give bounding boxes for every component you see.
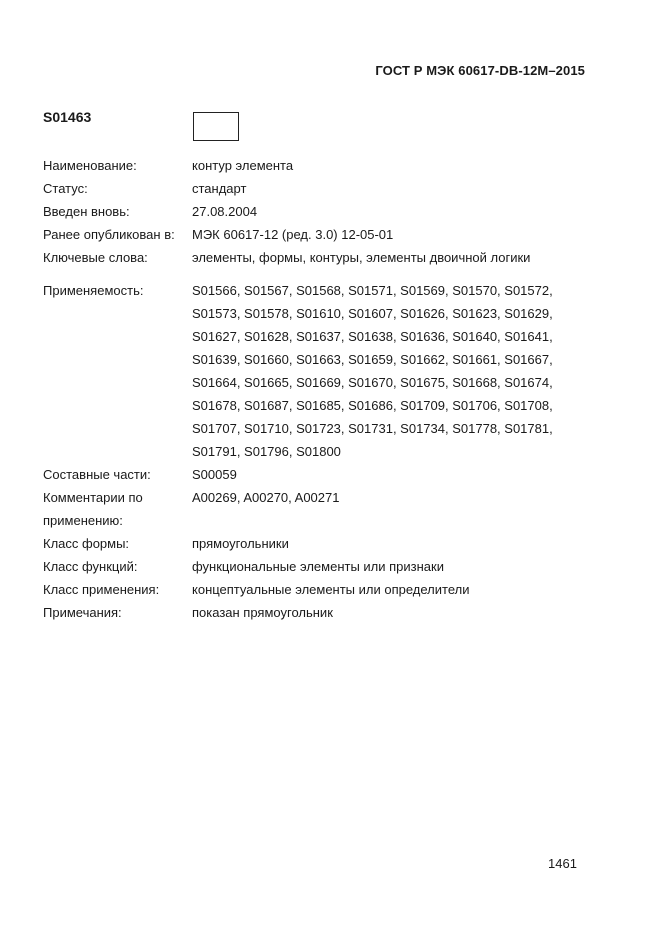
field-label: Класс применения: <box>43 578 192 601</box>
field-previously-published: Ранее опубликован в: МЭК 60617-12 (ред. … <box>43 223 603 246</box>
field-value: стандарт <box>192 177 603 200</box>
applicability-line: S01678, S01687, S01685, S01686, S01709, … <box>192 394 603 417</box>
field-components: Составные части: S00059 <box>43 463 603 486</box>
symbol-code: S01463 <box>43 109 91 125</box>
document-header: ГОСТ Р МЭК 60617-DB-12М–2015 <box>375 63 585 78</box>
field-value: элементы, формы, контуры, элементы двоич… <box>192 246 603 269</box>
field-label: Наименование: <box>43 154 192 177</box>
field-label: Статус: <box>43 177 192 200</box>
field-value <box>192 509 603 532</box>
field-label: Составные части: <box>43 463 192 486</box>
field-label: Ключевые слова: <box>43 246 192 269</box>
page-number: 1461 <box>548 856 577 871</box>
applicability-line: S01573, S01578, S01610, S01607, S01626, … <box>192 302 603 325</box>
applicability-line: S01664, S01665, S01669, S01670, S01675, … <box>192 371 603 394</box>
field-value: S01566, S01567, S01568, S01571, S01569, … <box>192 279 603 463</box>
field-value: 27.08.2004 <box>192 200 603 223</box>
field-keywords: Ключевые слова: элементы, формы, контуры… <box>43 246 603 269</box>
rectangle-symbol-icon <box>193 112 239 141</box>
symbol-fields: Наименование: контур элемента Статус: ст… <box>43 154 603 624</box>
field-status: Статус: стандарт <box>43 177 603 200</box>
field-function-class: Класс функций: функциональные элементы и… <box>43 555 603 578</box>
applicability-line: S01627, S01628, S01637, S01638, S01636, … <box>192 325 603 348</box>
field-name: Наименование: контур элемента <box>43 154 603 177</box>
applicability-line: S01791, S01796, S01800 <box>192 440 603 463</box>
field-label: Класс формы: <box>43 532 192 555</box>
field-value: показан прямоугольник <box>192 601 603 624</box>
field-application-class: Класс применения: концептуальные элемент… <box>43 578 603 601</box>
applicability-line: S01639, S01660, S01663, S01659, S01662, … <box>192 348 603 371</box>
applicability-line: S01707, S01710, S01723, S01731, S01734, … <box>192 417 603 440</box>
field-value: функциональные элементы или признаки <box>192 555 603 578</box>
field-label: Ранее опубликован в: <box>43 223 192 246</box>
field-application-comments: Комментарии по A00269, A00270, A00271 <box>43 486 603 509</box>
field-label: применению: <box>43 509 192 532</box>
field-value: МЭК 60617-12 (ред. 3.0) 12-05-01 <box>192 223 603 246</box>
field-value: A00269, A00270, A00271 <box>192 486 603 509</box>
applicability-line: S01566, S01567, S01568, S01571, S01569, … <box>192 279 603 302</box>
field-notes: Примечания: показан прямоугольник <box>43 601 603 624</box>
field-application-comments-cont: применению: <box>43 509 603 532</box>
field-label: Класс функций: <box>43 555 192 578</box>
field-label: Введен вновь: <box>43 200 192 223</box>
field-applicability: Применяемость: S01566, S01567, S01568, S… <box>43 279 603 463</box>
field-label: Комментарии по <box>43 486 192 509</box>
field-value: концептуальные элементы или определители <box>192 578 603 601</box>
field-value: S00059 <box>192 463 603 486</box>
field-value: прямоугольники <box>192 532 603 555</box>
field-shape-class: Класс формы: прямоугольники <box>43 532 603 555</box>
field-label: Применяемость: <box>43 279 192 463</box>
field-introduced: Введен вновь: 27.08.2004 <box>43 200 603 223</box>
field-value: контур элемента <box>192 154 603 177</box>
field-label: Примечания: <box>43 601 192 624</box>
